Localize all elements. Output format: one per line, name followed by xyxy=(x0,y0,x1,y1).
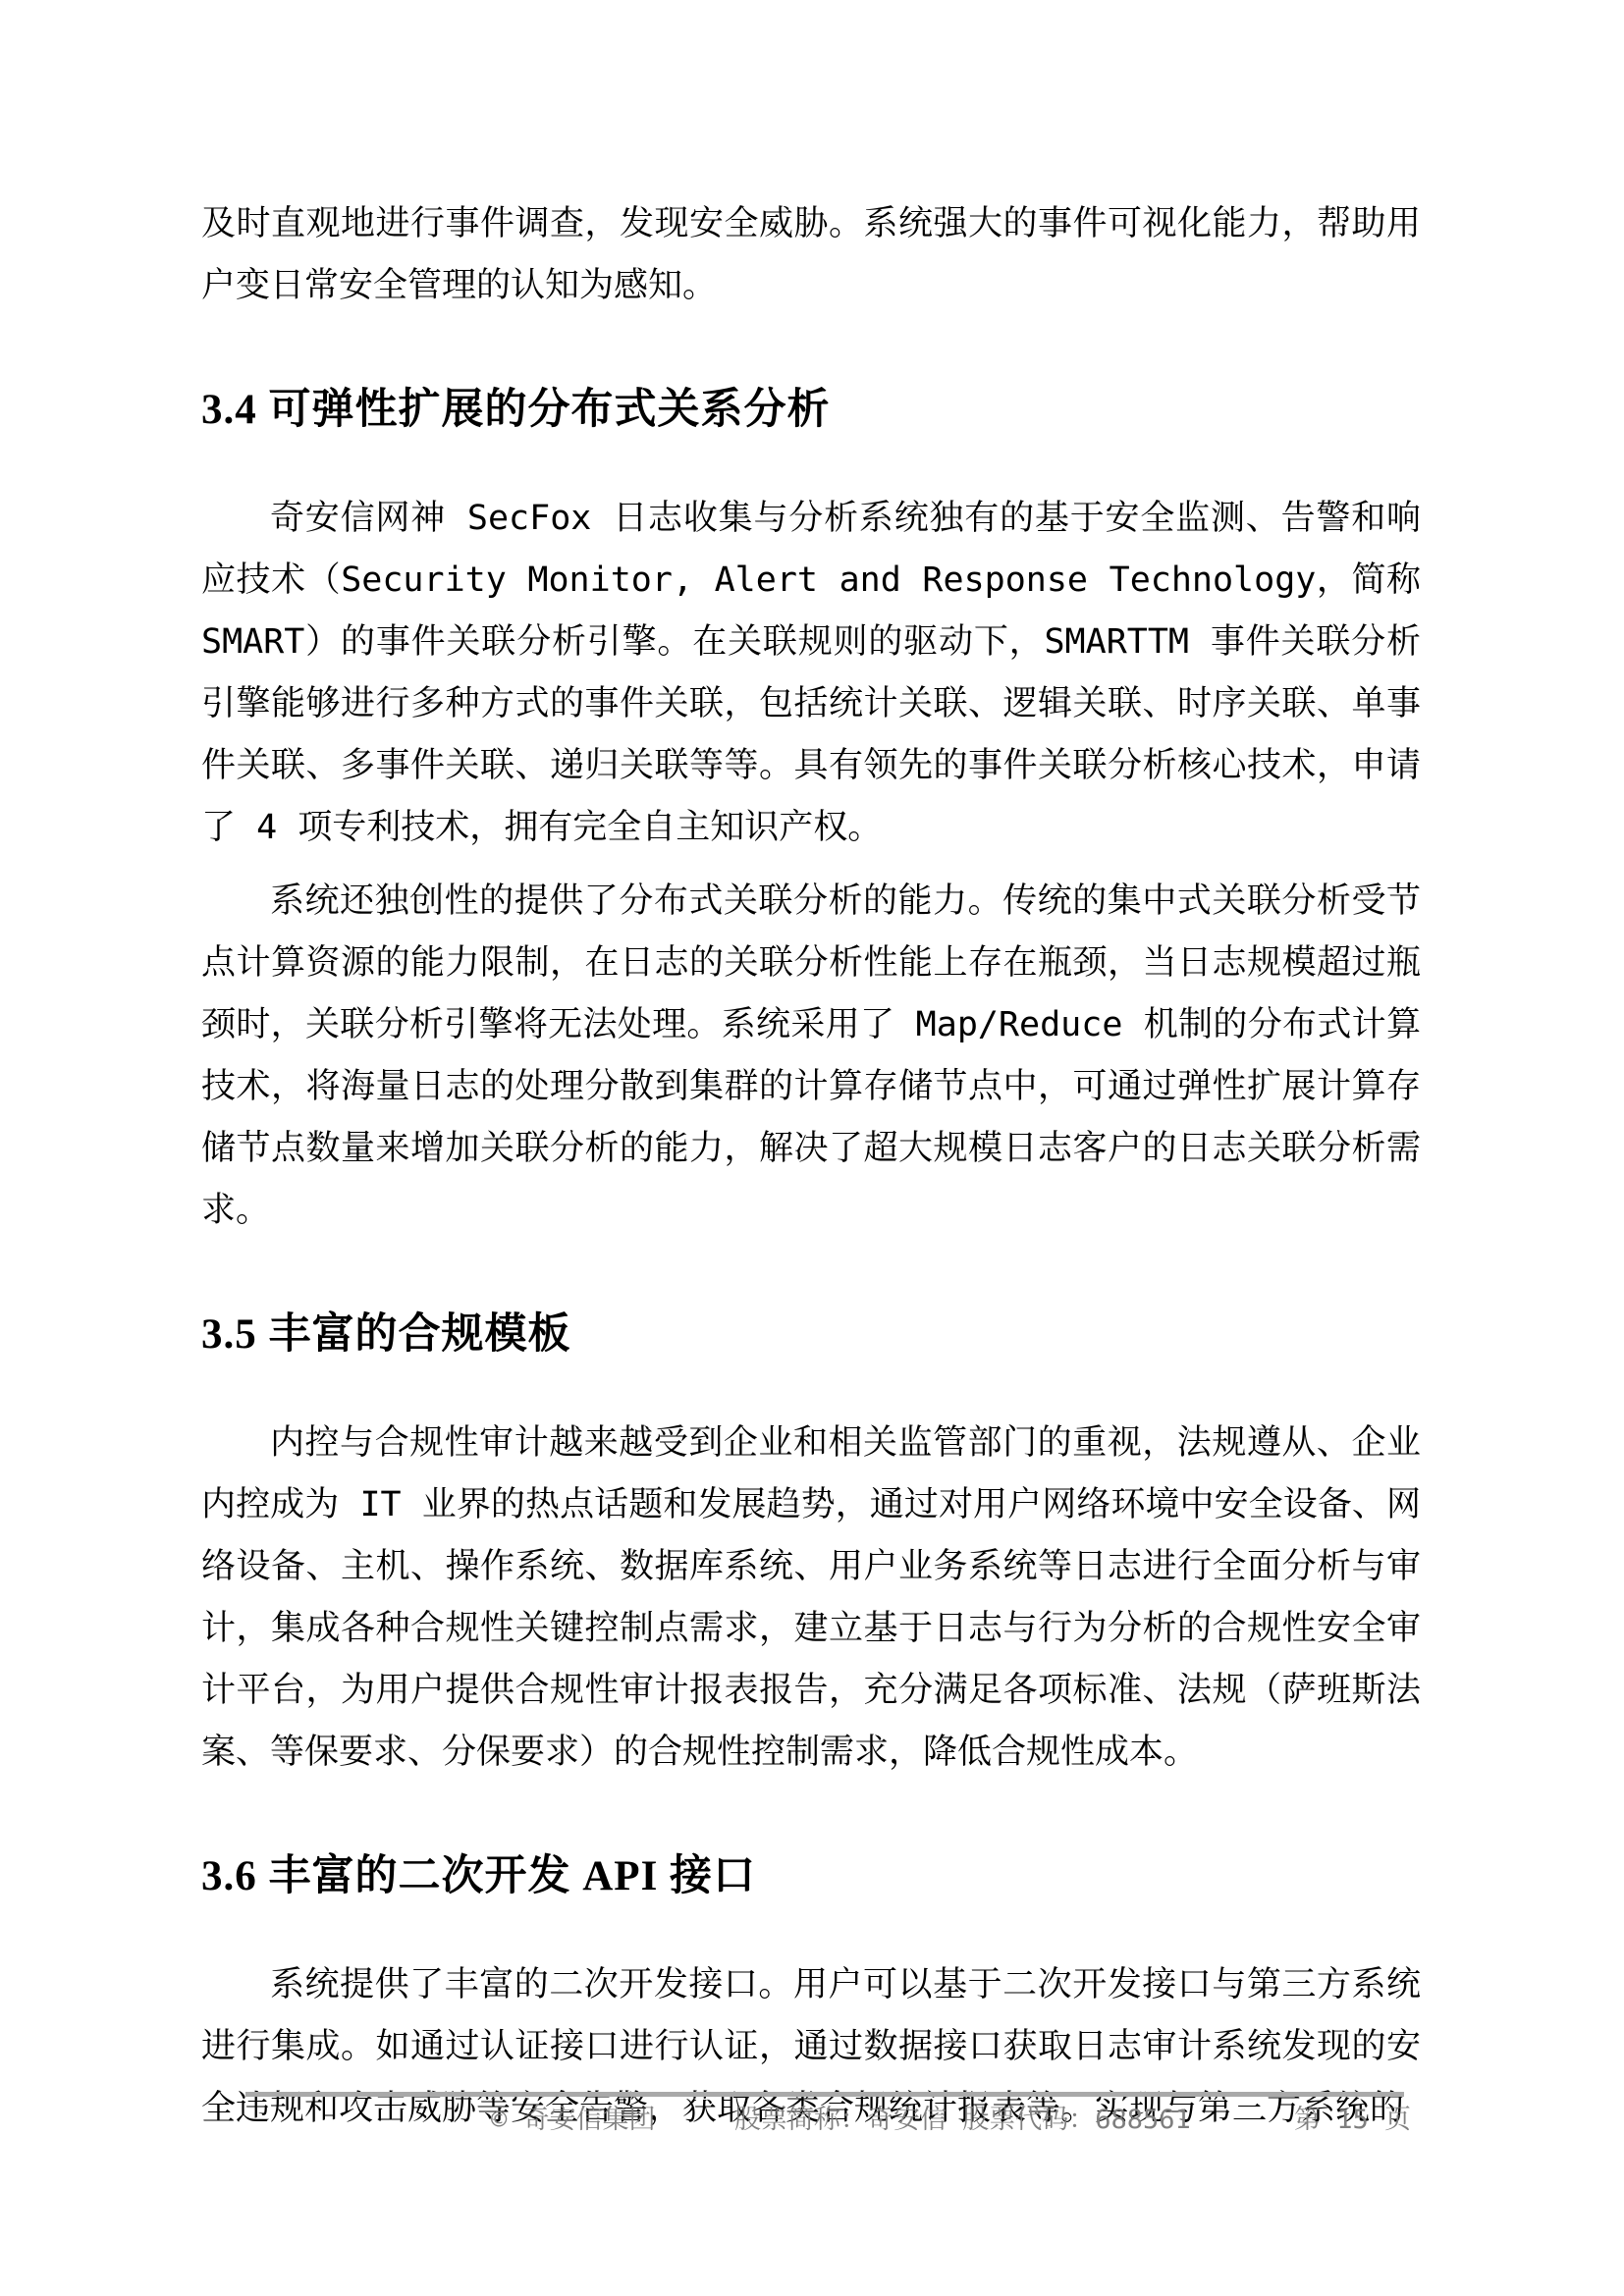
footer-copyright: © 奇安信集团 xyxy=(491,2101,656,2140)
page-footer: © 奇安信集团 股票简称：奇安信 股票代码：688561 第 15 页 xyxy=(0,2101,1624,2144)
paragraph: 系统还独创性的提供了分布式关联分析的能力。传统的集中式关联分析受节点计算资源的能… xyxy=(201,871,1421,1242)
section-heading-3-6: 3.6 丰富的二次开发 API 接口 xyxy=(201,1852,1421,1901)
footer-page-number: 第 15 页 xyxy=(1294,2101,1411,2140)
page-content: 及时直观地进行事件调查，发现安全威胁。系统强大的事件可视化能力，帮助用户变日常安… xyxy=(201,193,1421,2152)
intro-paragraph: 及时直观地进行事件调查，发现安全威胁。系统强大的事件可视化能力，帮助用户变日常安… xyxy=(201,193,1421,317)
footer-stock-info: 股票简称：奇安信 股票代码：688561 xyxy=(734,2101,1191,2140)
paragraph: 奇安信网神 SecFox 日志收集与分析系统独有的基于安全监测、告警和响应技术（… xyxy=(201,488,1421,859)
footer-divider xyxy=(245,2092,1404,2097)
section-heading-3-5: 3.5 丰富的合规模板 xyxy=(201,1310,1421,1360)
document-page: 及时直观地进行事件调查，发现安全威胁。系统强大的事件可视化能力，帮助用户变日常安… xyxy=(0,0,1624,2296)
paragraph: 内控与合规性审计越来越受到企业和相关监管部门的重视，法规遵从、企业内控成为 IT… xyxy=(201,1413,1421,1784)
section-heading-3-4: 3.4 可弹性扩展的分布式关系分析 xyxy=(201,386,1421,435)
